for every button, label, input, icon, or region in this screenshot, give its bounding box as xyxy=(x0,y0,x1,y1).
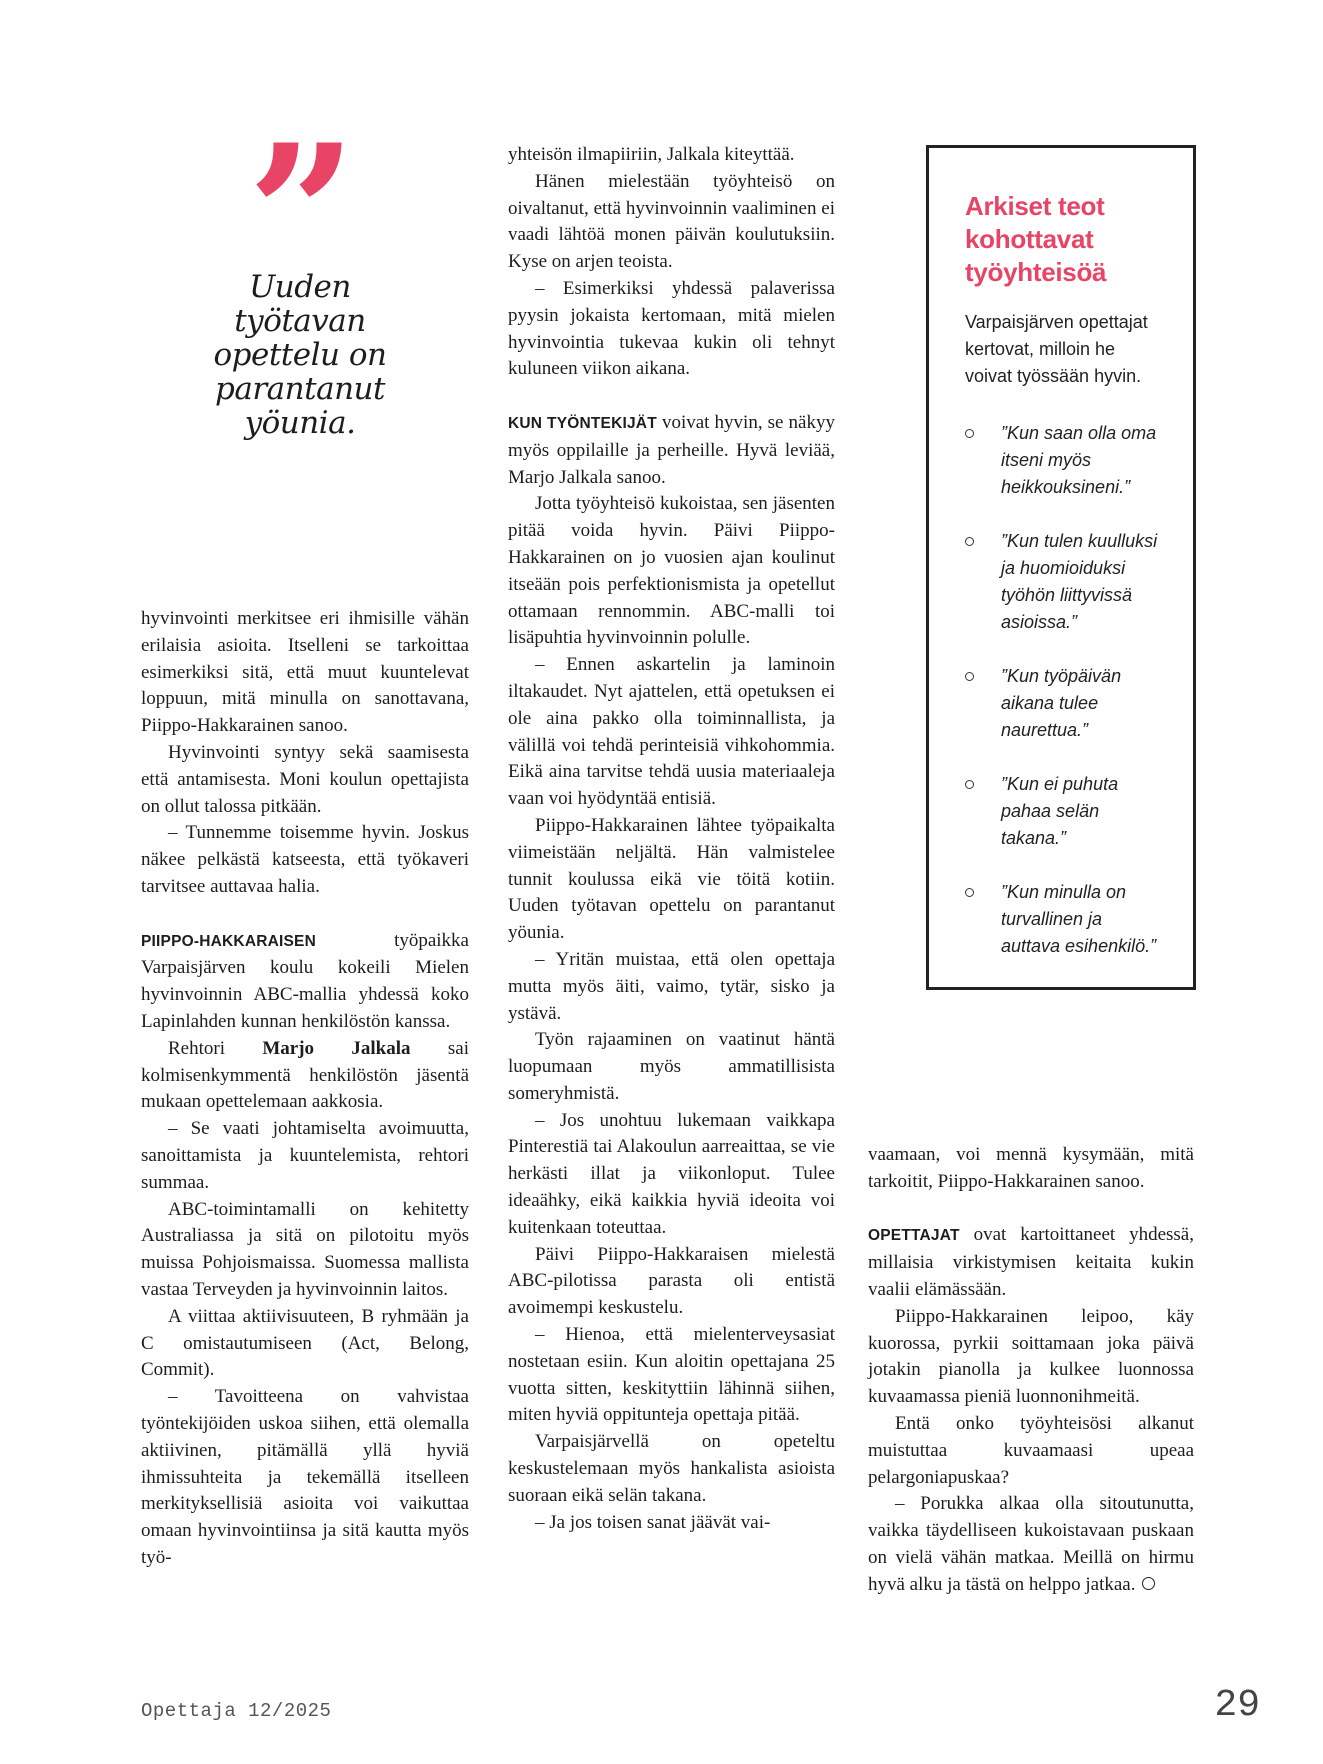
section-lead-in: OPETTAJAT xyxy=(868,1227,960,1244)
fact-box: Arkiset teot kohottavat työyhteisöä Varp… xyxy=(926,145,1196,990)
pull-quote: ” Uuden työtavan opettelu on parantanut … xyxy=(190,140,410,440)
paragraph: Työn rajaaminen on vaatinut häntä luopum… xyxy=(508,1027,835,1107)
paragraph: – Jos unohtuu lukemaan vaikkapa Pinteres… xyxy=(508,1108,835,1242)
list-item: ”Kun ei puhuta pahaa selän takana.” xyxy=(965,771,1163,852)
paragraph: – Hienoa, että mielenterveysasiat nostet… xyxy=(508,1322,835,1429)
circle-bullet-icon xyxy=(965,780,974,789)
article-column-2: yhteisön ilmapiiriin, Jalkala kiteyttää.… xyxy=(508,142,835,1536)
article-column-3: vaamaan, voi mennä kysymään, mitä tarkoi… xyxy=(868,1142,1194,1599)
section-lead-in: PIIPPO-HAKKARAISEN xyxy=(141,933,316,950)
list-item: ”Kun saan olla oma itseni myös heikkouks… xyxy=(965,420,1163,501)
paragraph: Jotta työyhteisö kukoistaa, sen jäsenten… xyxy=(508,491,835,652)
paragraph: yhteisön ilmapiiriin, Jalkala kiteyttää. xyxy=(508,142,835,169)
paragraph: A viittaa aktiivisuuteen, B ryhmään ja C… xyxy=(141,1304,469,1384)
paragraph: – Ennen askartelin ja laminoin iltakaude… xyxy=(508,652,835,813)
article-end-mark-icon xyxy=(1142,1577,1155,1590)
paragraph: Piippo-Hakkarainen lähtee työpaikalta vi… xyxy=(508,813,835,947)
paragraph: Varpaisjärvellä on opeteltu keskustelema… xyxy=(508,1429,835,1509)
paragraph: Piippo-Hakkarainen leipoo, käy kuorossa,… xyxy=(868,1304,1194,1411)
fact-box-list: ”Kun saan olla oma itseni myös heikkouks… xyxy=(965,420,1163,960)
paragraph: vaamaan, voi mennä kysymään, mitä tarkoi… xyxy=(868,1142,1194,1196)
article-column-1: hyvinvointi merkitsee eri ihmisille vähä… xyxy=(141,606,469,1572)
quotation-mark-icon: ” xyxy=(180,140,410,250)
circle-bullet-icon xyxy=(965,429,974,438)
list-item: ”Kun tulen kuulluksi ja huomioiduksi työ… xyxy=(965,528,1163,636)
page-number: 29 xyxy=(1214,1684,1260,1727)
section-paragraph: KUN TYÖNTEKIJÄT voivat hyvin, se näkyy m… xyxy=(508,410,835,491)
paragraph: Rehtori Marjo Jalkala sai kolmisenkymmen… xyxy=(141,1036,469,1116)
paragraph: – Yritän muistaa, että olen opettaja mut… xyxy=(508,947,835,1027)
circle-bullet-icon xyxy=(965,537,974,546)
paragraph: – Tavoitteena on vahvistaa työntekijöide… xyxy=(141,1384,469,1572)
paragraph: – Se vaati johtamiselta avoimuutta, sano… xyxy=(141,1116,469,1196)
paragraph: Hyvinvointi syntyy sekä saamisesta että … xyxy=(141,740,469,820)
list-item: ”Kun työpäivän aikana tulee naurettua.” xyxy=(965,663,1163,744)
pull-quote-text: Uuden työtavan opettelu on parantanut yö… xyxy=(190,270,410,440)
paragraph: – Tunnemme toisemme hyvin. Joskus näkee … xyxy=(141,820,469,900)
list-item: ”Kun minulla on turvallinen ja auttava e… xyxy=(965,879,1163,960)
circle-bullet-icon xyxy=(965,888,974,897)
section-paragraph: OPETTAJAT ovat kartoittaneet yhdessä, mi… xyxy=(868,1222,1194,1303)
circle-bullet-icon xyxy=(965,672,974,681)
section-lead-in: KUN TYÖNTEKIJÄT xyxy=(508,415,657,432)
fact-box-intro: Varpaisjärven opettajat kertovat, milloi… xyxy=(965,309,1163,390)
paragraph: Hänen mielestään työyhteisö on oivaltanu… xyxy=(508,169,835,276)
paragraph: – Ja jos toisen sanat jäävät vai- xyxy=(508,1510,835,1537)
paragraph: – Porukka alkaa olla sitoutunutta, vaikk… xyxy=(868,1491,1194,1598)
section-paragraph: PIIPPO-HAKKARAISEN työpaikka Varpaisjärv… xyxy=(141,928,469,1036)
paragraph: Entä onko työyhteisösi alkanut muistutta… xyxy=(868,1411,1194,1491)
paragraph: – Esimerkiksi yhdessä palaverissa pyysin… xyxy=(508,276,835,383)
person-name: Marjo Jalkala xyxy=(262,1038,410,1059)
paragraph: hyvinvointi merkitsee eri ihmisille vähä… xyxy=(141,606,469,740)
paragraph: ABC-toimintamalli on kehitetty Australia… xyxy=(141,1197,469,1304)
paragraph: Päivi Piippo-Hakkaraisen mielestä ABC-pi… xyxy=(508,1242,835,1322)
publication-footer: Opettaja 12/2025 xyxy=(141,1700,331,1722)
fact-box-title: Arkiset teot kohottavat työyhteisöä xyxy=(965,190,1163,289)
